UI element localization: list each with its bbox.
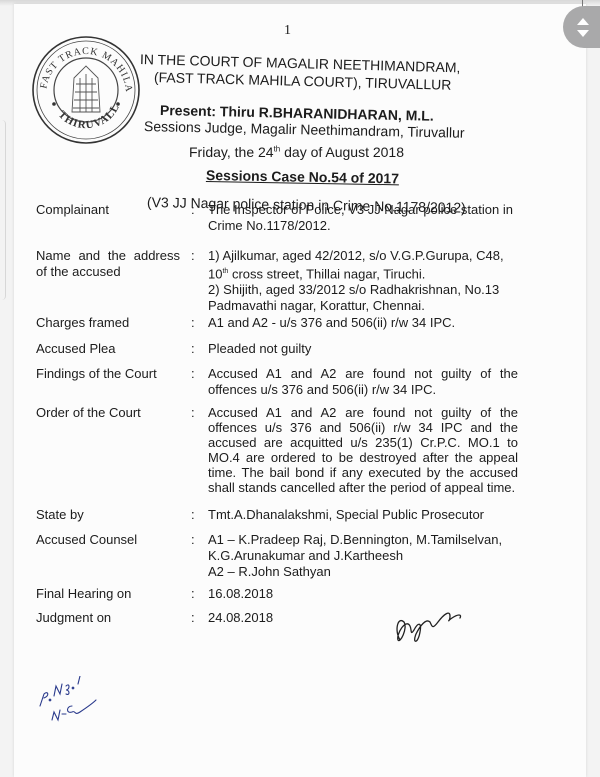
- field-value: The Inspector of Police, V3 JJ Nagar pol…: [208, 202, 518, 234]
- page-number: 1: [284, 23, 291, 39]
- scroll-down-icon: [577, 30, 589, 37]
- field-value: Tmt.A.Dhanalakshmi, Special Public Prose…: [208, 507, 518, 523]
- document-page: 1 FAST TRACK MAHILA COURT THIRUVALLUR IN…: [14, 4, 586, 777]
- field-value: 1) Ajilkumar, aged 42/2012, s/o V.G.P.Gu…: [208, 248, 518, 314]
- field-label: Name and the address of the accused: [36, 248, 180, 280]
- field-value: A1 and A2 - u/s 376 and 506(ii) r/w 34 I…: [208, 315, 518, 331]
- field-label: Charges framed: [36, 315, 184, 331]
- field-label: Final Hearing on: [36, 586, 184, 602]
- case-title: Sessions Case No.54 of 2017: [206, 167, 399, 186]
- field-label: Findings of the Court: [36, 366, 184, 382]
- field-value: Accused A1 and A2 are found not guilty o…: [208, 405, 518, 495]
- field-label: Complainant: [36, 202, 184, 218]
- judgment-date: Friday, the 24th day of August 2018: [189, 144, 404, 160]
- field-value: Pleaded not guilty: [208, 341, 518, 357]
- judge-signature-icon: [392, 600, 482, 650]
- field-label: Judgment on: [36, 610, 184, 626]
- field-value: Accused A1 and A2 are found not guilty o…: [208, 366, 518, 398]
- field-label: Accused Plea: [36, 341, 184, 357]
- field-label: Accused Counsel: [36, 532, 184, 548]
- viewer-left-edge: [0, 120, 6, 300]
- field-value: A1 – K.Pradeep Raj, D.Bennington, M.Tami…: [208, 532, 518, 580]
- fast-scroll-handle[interactable]: [563, 6, 600, 48]
- field-label: State by: [36, 507, 184, 523]
- court-seal-icon: FAST TRACK MAHILA COURT THIRUVALLUR: [30, 34, 142, 146]
- field-label: Order of the Court: [36, 405, 184, 421]
- scroll-up-icon: [577, 18, 589, 25]
- handwritten-note-icon: [36, 676, 106, 726]
